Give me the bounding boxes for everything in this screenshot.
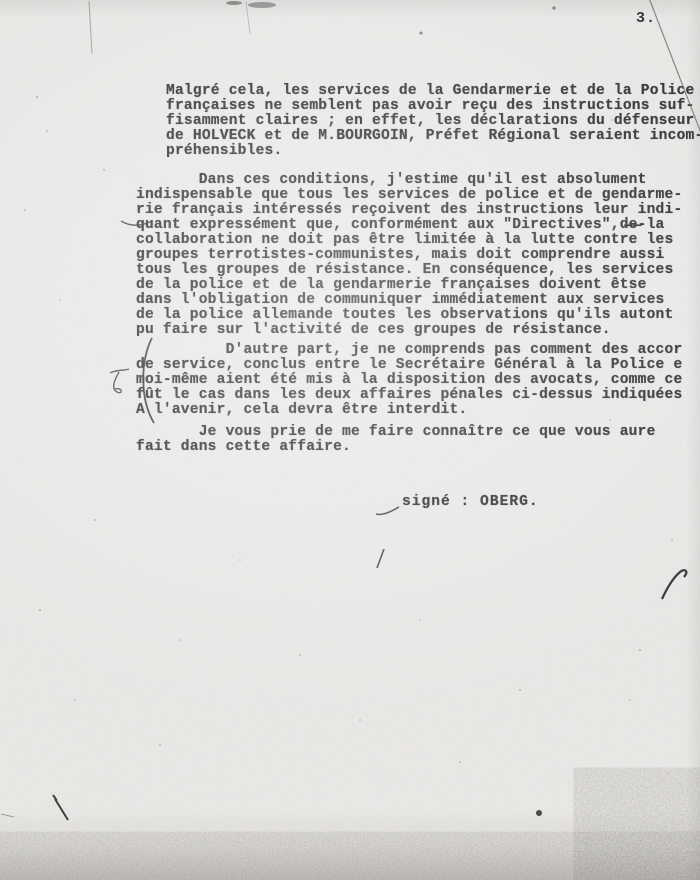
margin-squiggle-mark: [110, 369, 129, 393]
paragraph-je-vous-prie: Je vous prie de me faire connaître ce qu…: [136, 425, 698, 455]
document-text-block: Malgré cela, les services de la Gendarme…: [136, 84, 698, 510]
left-edge-dash-mark: [1, 814, 14, 817]
page-number: 3.: [636, 10, 656, 27]
paragraph-dautre-part: D'autre part, je ne comprends pas commen…: [136, 343, 698, 418]
bottom-left-ink-mark: [53, 795, 68, 820]
right-margin-check-mark: [662, 570, 686, 599]
signature-line: signé : OBERG.: [136, 495, 698, 510]
ink-dot: [536, 810, 542, 816]
scanned-document-page: 3. Malgré cela, les services de la Genda…: [0, 0, 700, 880]
top-edge-scratches: [89, 1, 556, 54]
slash-mark: [377, 549, 384, 568]
paragraph-malgre-cela: Malgré cela, les services de la Gendarme…: [166, 84, 698, 159]
paragraph-dans-ces-conditions: Dans ces conditions, j'estime qu'il est …: [136, 173, 698, 338]
bottom-edge-grain: [0, 836, 700, 880]
bottom-right-corner-shading: [585, 778, 700, 880]
